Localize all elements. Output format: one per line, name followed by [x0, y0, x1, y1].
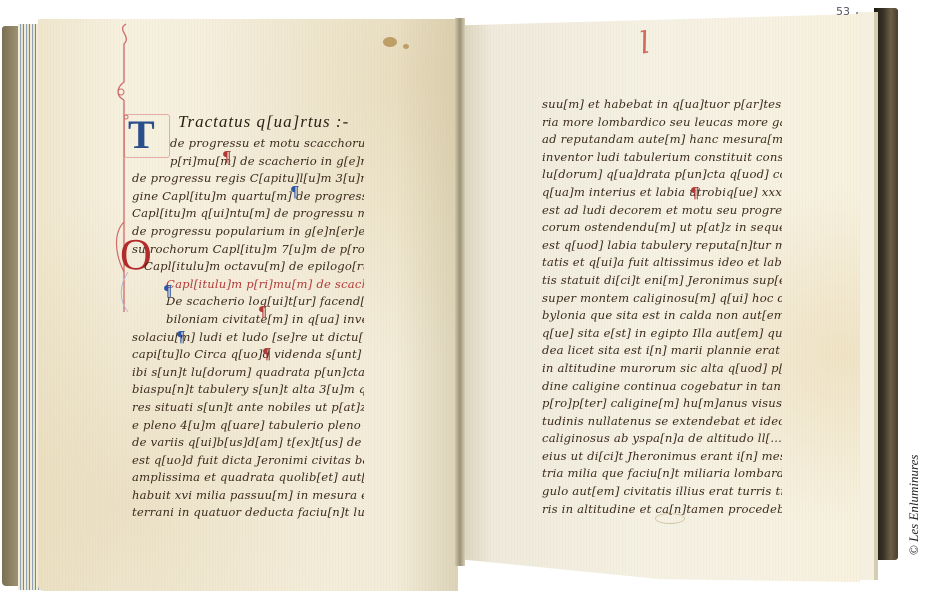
ink-stain	[403, 44, 409, 49]
text-line: biaspu[n]t tabulery s[un]t alta 3[u]m qu…	[132, 381, 364, 399]
text-line: Capl[itu]m q[ui]ntu[m] de progressu mili…	[132, 205, 364, 223]
right-page-text: suu[m] et habebat in q[ua]tuor p[ar]tes …	[542, 96, 782, 518]
blue-paragraph-mark-icon: ¶	[176, 328, 186, 346]
rubric-paragraph-mark-icon: ¶	[262, 345, 272, 363]
text-line: gulo aut[em] civitatis illius erat turri…	[542, 483, 782, 501]
blue-paragraph-mark-icon: ¶	[163, 282, 173, 300]
text-line: capi[tu]lo Circa q[uo]d videnda s[unt] q…	[132, 346, 364, 364]
text-line: res situati s[un]t ante nobiles ut p[at]…	[132, 399, 364, 417]
text-line: e pleno 4[u]m q[uare] tabulerio pleno fu…	[132, 417, 364, 435]
text-line: p[ro]p[ter] caligine[m] hu[m]anus visus …	[542, 395, 782, 413]
copyright-watermark: © Les Enluminures	[906, 455, 922, 555]
text-line: de progressu regis C[apitu]l[u]m 3[u]m d…	[132, 170, 364, 188]
text-line: ris in altitudine et ca[n]tamen procedeb…	[542, 501, 782, 519]
text-line: Capl[itulu]m octavu[m] de epilogo[rum] h…	[132, 258, 364, 276]
blue-paragraph-mark-icon: ¶	[290, 183, 300, 201]
text-line: est ad ludi decorem et motu seu progress…	[542, 202, 782, 220]
treatise-heading: Tractatus q[ua]rtus :-	[178, 112, 349, 132]
text-line: tria milia que faciu[n]t miliaria lombar…	[542, 465, 782, 483]
text-line: in altitudine murorum sic alta q[uod] p[…	[542, 360, 782, 378]
text-line: p[ri]mu[m] de scacherio in g[e]n[er]e Ca…	[132, 153, 364, 171]
text-line: habuit xvi milia passuu[m] in mesura et …	[132, 487, 364, 505]
text-line: dine caligine continua cogebatur in tant…	[542, 378, 782, 396]
text-line: inventor ludi tabulerium constituit cons…	[542, 149, 782, 167]
text-line: tis statuit di[ci]t eni[m] Jeronimus sup…	[542, 272, 782, 290]
text-line: ria more lombardico seu leucas more gall…	[542, 114, 782, 132]
text-line: q[ue] sita e[st] in egipto Illa aut[em] …	[542, 325, 782, 343]
text-line: corum ostendendu[m] ut p[at]z in sequent…	[542, 219, 782, 237]
text-line: dea licet sita est i[n] marii plannie er…	[542, 342, 782, 360]
left-page-text: de progressu et motu scacchorum C[apitu]…	[132, 135, 364, 522]
copyright-text: Les Enluminures	[906, 455, 921, 542]
text-line: terrani in quatuor deducta faciu[n]t lu[…	[132, 504, 364, 522]
text-line: lu[dorum] q[ua]drata p[un]cta q[uod] com…	[542, 166, 782, 184]
text-line: solaciu[m] ludi et ludo [se]re ut dictu[…	[132, 329, 364, 347]
open-manuscript: T Tractatus q[ua]rtus :- O de progressu …	[0, 0, 943, 600]
text-line: ibi s[un]t lu[dorum] quadrata p[un]cta 2…	[132, 364, 364, 382]
text-line: caliginosus ab yspa[n]a de altitudo ll[.…	[542, 430, 782, 448]
book-gutter	[455, 18, 465, 566]
text-line: eius ut di[ci]t Jheronimus erant i[n] me…	[542, 448, 782, 466]
rubric-paragraph-mark-icon: ¶	[222, 148, 232, 166]
rubric-paragraph-mark-icon: ¶	[258, 303, 268, 321]
page-number: 53	[836, 5, 850, 18]
text-line: bylonia que sita est in calda non aut[em…	[542, 307, 782, 325]
text-line: super montem caliginosu[m] q[ui] hoc dic…	[542, 290, 782, 308]
rubric-paragraph-mark-icon: ¶	[690, 184, 700, 202]
text-line: q[ua]m interius et labia utrobiq[ue] xxx…	[542, 184, 782, 202]
text-line: tatis et q[ui]a fuit altissimus ideo et …	[542, 254, 782, 272]
text-line: de progressu et motu scacchorum C[apitu]…	[132, 135, 364, 153]
copyright-icon: ©	[906, 545, 921, 555]
text-line: tudinis nullatenus se extendebat et ideo…	[542, 413, 782, 431]
text-line: su rochorum Capl[itu]m 7[u]m de p[ro]gre…	[132, 241, 364, 259]
text-line: est q[uod] labia tabulery reputa[n]tur m…	[542, 237, 782, 255]
text-line: est q[uo]d fuit dicta Jeronimi civitas b…	[132, 452, 364, 470]
ink-stain	[383, 37, 397, 47]
text-line: biloniam civitate[m] in q[ua] inventu[m]…	[132, 311, 364, 329]
text-line: gine Capl[itu]m quartu[m] de progressu a…	[132, 188, 364, 206]
text-line: ad reputandam aute[m] hanc mesura[m] p[r…	[542, 131, 782, 149]
text-line: de variis q[ui]b[us]d[am] t[ex]t[us] de …	[132, 434, 364, 452]
text-line: suu[m] et habebat in q[ua]tuor p[ar]tes …	[542, 96, 782, 114]
text-line: de progressu popularium in g[e]n[er]e mo…	[132, 223, 364, 241]
text-line: amplissima et quadrata quolib[et] aut[em…	[132, 469, 364, 487]
